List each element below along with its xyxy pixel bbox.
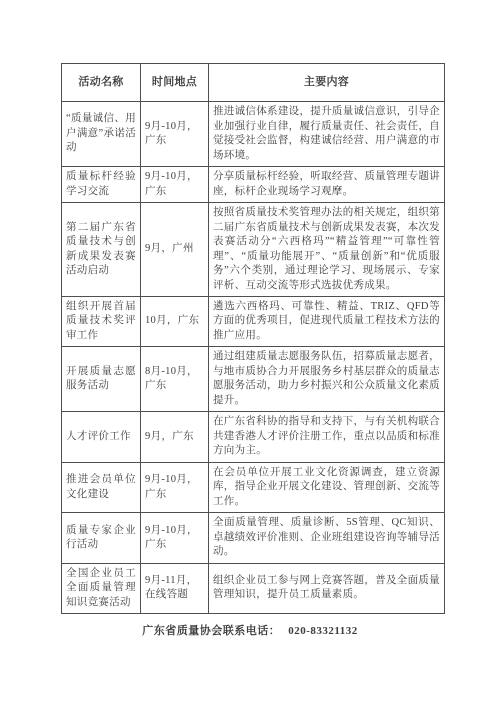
document-page: 活动名称 时间地点 主要内容 “质量诚信、用户满意”承诺活动9月-10月，广东推… bbox=[0, 0, 500, 707]
main-content-cell: 按照省质量技术奖管理办法的相关规定，组织第二届广东省质量技术与创新成果发表赛，本… bbox=[209, 203, 445, 297]
time-place-cell: 9月-11月，在线答题 bbox=[141, 563, 209, 613]
contact-footer: 广东省质量协会联系电话：020-83321132 bbox=[0, 622, 500, 638]
col-header-time-place: 时间地点 bbox=[141, 64, 209, 102]
activity-name-cell: 开展质量志愿服务活动 bbox=[62, 347, 141, 412]
contact-phone: 020-83321132 bbox=[288, 625, 358, 637]
activity-name-cell: 质量专家企业行活动 bbox=[62, 513, 141, 563]
activity-name-cell: 质量标杆经验学习交流 bbox=[62, 167, 141, 203]
table-row: 开展质量志愿服务活动8月-10月，广东通过组建质量志愿服务队伍，招募质量志愿者，… bbox=[62, 347, 445, 412]
time-place-cell: 9月，广东 bbox=[141, 412, 209, 462]
time-place-cell: 9月-10月，广东 bbox=[141, 462, 209, 512]
main-content-cell: 通过组建质量志愿服务队伍，招募质量志愿者，与地市质协合力开展服务乡村基层群众的质… bbox=[209, 347, 445, 412]
main-content-cell: 分享质量标杆经验，听取经营、质量管理专题讲座，标杆企业现场学习观摩。 bbox=[209, 167, 445, 203]
table-row: 组织开展首届质量技术奖评审工作10月，广东遴选六西格玛、可靠性、精益、TRIZ、… bbox=[62, 296, 445, 346]
table-row: 全国企业员工全面质量管理知识竞赛活动9月-11月，在线答题组织企业员工参与网上竞… bbox=[62, 563, 445, 613]
col-header-activity-name: 活动名称 bbox=[62, 64, 141, 102]
table-row: 第二届广东省质量技术与创新成果发表赛活动启动9月，广州按照省质量技术奖管理办法的… bbox=[62, 203, 445, 297]
table-row: 人才评价工作9月，广东在广东省科协的指导和支持下，与有关机构联合共建香港人才评价… bbox=[62, 412, 445, 462]
table-header-row: 活动名称 时间地点 主要内容 bbox=[62, 64, 445, 102]
activity-name-cell: 全国企业员工全面质量管理知识竞赛活动 bbox=[62, 563, 141, 613]
activity-name-cell: 组织开展首届质量技术奖评审工作 bbox=[62, 296, 141, 346]
main-content-cell: 遴选六西格玛、可靠性、精益、TRIZ、QFD等方面的优秀项目，促进现代质量工程技… bbox=[209, 296, 445, 346]
col-header-main-content: 主要内容 bbox=[209, 64, 445, 102]
main-content-cell: 在会员单位开展工业文化资源调查，建立资源库，指导企业开展文化建设、管理创新、交流… bbox=[209, 462, 445, 512]
activity-name-cell: 第二届广东省质量技术与创新成果发表赛活动启动 bbox=[62, 203, 141, 297]
table-row: 质量标杆经验学习交流9月-10月，广东分享质量标杆经验，听取经营、质量管理专题讲… bbox=[62, 167, 445, 203]
time-place-cell: 10月，广东 bbox=[141, 296, 209, 346]
main-content-cell: 推进诚信体系建设，提升质量诚信意识，引导企业加强行业自律，履行质量责任、社会责任… bbox=[209, 102, 445, 167]
table-row: 质量专家企业行活动9月-10月，广东全面质量管理、质量诊断、5S管理、QC知识、… bbox=[62, 513, 445, 563]
main-content-cell: 在广东省科协的指导和支持下，与有关机构联合共建香港人才评价注册工作，重点以品质和… bbox=[209, 412, 445, 462]
table-row: “质量诚信、用户满意”承诺活动9月-10月，广东推进诚信体系建设，提升质量诚信意… bbox=[62, 102, 445, 167]
activities-table-body: “质量诚信、用户满意”承诺活动9月-10月，广东推进诚信体系建设，提升质量诚信意… bbox=[62, 102, 445, 614]
main-content-cell: 组织企业员工参与网上竞赛答题，普及全面质量管理知识，提升员工质量素质。 bbox=[209, 563, 445, 613]
activity-name-cell: “质量诚信、用户满意”承诺活动 bbox=[62, 102, 141, 167]
activity-name-cell: 人才评价工作 bbox=[62, 412, 141, 462]
time-place-cell: 9月-10月，广东 bbox=[141, 513, 209, 563]
time-place-cell: 8月-10月，广东 bbox=[141, 347, 209, 412]
table-row: 推进会员单位文化建设9月-10月，广东在会员单位开展工业文化资源调查，建立资源库… bbox=[62, 462, 445, 512]
contact-label: 广东省质量协会联系电话： bbox=[142, 625, 280, 637]
activity-name-cell: 推进会员单位文化建设 bbox=[62, 462, 141, 512]
time-place-cell: 9月-10月，广东 bbox=[141, 167, 209, 203]
main-content-cell: 全面质量管理、质量诊断、5S管理、QC知识、卓越绩效评价准则、企业班组建设咨询等… bbox=[209, 513, 445, 563]
time-place-cell: 9月-10月，广东 bbox=[141, 102, 209, 167]
time-place-cell: 9月，广州 bbox=[141, 203, 209, 297]
activities-table: 活动名称 时间地点 主要内容 “质量诚信、用户满意”承诺活动9月-10月，广东推… bbox=[61, 63, 445, 614]
